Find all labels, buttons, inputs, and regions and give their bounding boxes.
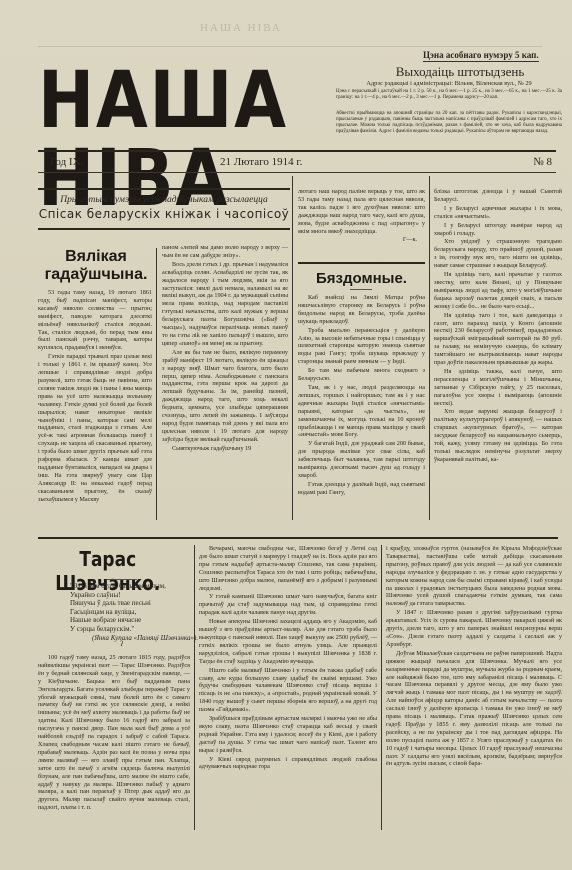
author-signature: Г—к. — [298, 236, 425, 244]
poem-line: Украйнэ слаўны! — [70, 591, 198, 600]
paragraph: Каб знайсці на Зямлі Матцы роўна няшчась… — [298, 294, 425, 326]
masthead-rule — [38, 150, 556, 152]
article-column: і крыўду, зложыўся гуртох (называўся ён … — [386, 545, 562, 832]
notice-bottom-rule — [38, 228, 290, 230]
paragraph: Доўгая Мікалаеўская салдатчына не раўня … — [386, 650, 562, 769]
paragraph: Ня здзівіць такжа, калі пачуе, што перас… — [434, 368, 562, 408]
paragraph: Хто ведае варункі жыцьця беларусоў і пал… — [434, 408, 562, 463]
paragraph: Хто увідзяў у страшэнную трагедыю белару… — [434, 238, 562, 270]
ornament-mark: ʔ — [120, 640, 123, 648]
column-rule — [194, 545, 195, 830]
headline-rule — [350, 289, 372, 290]
paragraph: 53 гады таму назад, 19 лютаго 1861 году,… — [38, 289, 152, 352]
paragraph: паном «лепей мы дамо волю народу з верху… — [162, 244, 288, 260]
paragraph: Гэткіе парадкі трывалі праз цэлые векі і… — [38, 353, 152, 503]
paragraph: Сьвяткуючыж гадаўшчыну 19 — [162, 445, 288, 453]
paragraph: Зрабіўшыся праўдзівым артыстам маляркі і… — [199, 715, 377, 755]
article-column: Каб знайсці на Зямлі Матцы роўна няшчась… — [298, 294, 425, 520]
article-column: паном «лепей мы дамо волю народу з верху… — [162, 244, 288, 520]
paragraph: Вось дзеля гэтых і др. прычын і надумалі… — [162, 261, 288, 348]
paragraph: Там, як і у нас, людзі разделяюцца на ле… — [298, 384, 425, 439]
paragraph: Гэтак дзеецца у далёкай Індіі, над сьвят… — [298, 481, 425, 497]
notice-top-rule — [38, 188, 290, 190]
article-column: 53 гады таму назад, 19 лютаго 1861 году,… — [38, 289, 152, 519]
notice-text: Пры гэтым нумэры усім падпісчыкам разсыл… — [38, 195, 290, 205]
article-column: Вечарамі, маючы свабодны час, Шэвчэнко б… — [199, 545, 377, 832]
paragraph: Але як бы там не было, вялікую перамену … — [162, 349, 288, 444]
bleed-through-text: НАША НІВА — [200, 22, 282, 34]
notice-title: Спісак беларускіх кніжак і часопісоў — [38, 207, 290, 221]
column-rule — [156, 248, 157, 520]
epigraph-poem: "Эх! і вам будзь бацькам мілым, Украйнэ … — [70, 582, 198, 642]
article-column: 100 гадоў таму назад, 25 лютаго 1815 год… — [38, 654, 190, 834]
paragraph: блізка штогэтак дзеецца і у нашай Сьвято… — [434, 188, 562, 204]
editorial-address: Адрэс рэдакцыі і адміністрацыі: Вільня, … — [336, 80, 562, 87]
newspaper-page: НАША НІВА НАША НІВА Цэна асобнаго нумэру… — [0, 0, 572, 870]
section-rule — [38, 537, 558, 539]
paragraph: Трэба мысьлю перанесьціся у далёкую Азію… — [298, 327, 425, 367]
poem-line: Нашые вобразе нячасне — [70, 616, 198, 625]
advertising-terms: Абвесткі прыймаюцца на апошняй страніцы … — [336, 111, 562, 135]
bleed-through-rule — [38, 46, 542, 47]
issue-price: Цэна асобнаго нумэру 5 кап. — [423, 50, 539, 62]
poem-line: "Эх! і вам будзь бацькам мілым, — [70, 582, 198, 591]
article-headline: Бяздомные. — [298, 270, 425, 287]
poem-line: У сэрцы беларускім." — [70, 625, 198, 634]
paragraph: 100 гадоў таму назад, 25 лютаго 1815 год… — [38, 654, 190, 812]
paragraph: Ня здзівіць таго, калі прачытае у газэта… — [434, 271, 562, 311]
issue-date: 21 Лютаго 1914 г. — [220, 156, 302, 168]
paragraph: І у Беларусі адвечные жыхары і іх мова, … — [434, 205, 562, 221]
paragraph: У гэтай кампаніі Шэвчэнко шмат чаго наву… — [199, 593, 377, 617]
paragraph: Бо там мы пабачым многа сходнаго з Белар… — [298, 367, 425, 383]
paragraph: У 1847 г. Шэвчэнко разам з другімі хаўру… — [386, 609, 562, 649]
poem-source: (Янка Купала «Памяці Шэвчэнка»). — [70, 634, 198, 643]
paragraph: і крыўду, зложыўся гуртох (называўся ён … — [386, 545, 562, 608]
article-headline: Вялікая гадаўшчына. — [38, 248, 154, 284]
poem-line: Гасьцінцам на вуліцы, — [70, 608, 198, 617]
column-rule — [381, 545, 382, 830]
column-rule — [292, 176, 293, 520]
article-column: лютаго наш народ паліне верыць у тое, шт… — [298, 188, 425, 260]
poem-line: Пяшучы ў даль твае песьні — [70, 599, 198, 608]
paragraph: Вечарамі, маючы свабодны час, Шэвчэнко б… — [199, 545, 377, 592]
issue-year: Год IX. — [50, 156, 83, 168]
issue-number: № 8 — [533, 156, 552, 168]
paragraph: Нішто сабе маляваў Шэвчэнко і у гэтым ён… — [199, 667, 377, 714]
paragraph: У Кіеві сярод разумных і справядлівых лю… — [199, 756, 377, 772]
paragraph: Ня здзівіць таго і тое, калі даведаецца … — [434, 312, 562, 367]
headline-rule — [107, 579, 137, 580]
issue-info-line: Год IX. 21 Лютаго 1914 г. № 8 — [50, 156, 552, 170]
paragraph: І у Беларусі штогоду выміраe народ ад хв… — [434, 222, 562, 238]
paragraph: Новые апекуны Шэвчэнкі захацелі аддаць я… — [199, 618, 377, 665]
publication-frequency: Выходаіць штотыдзень — [360, 64, 560, 80]
subscription-prices: Цэна с перасылкай і дастаўкай на 1 г. 2 … — [336, 89, 562, 101]
article-column: блізка штогэтак дзеецца і у нашай Сьвято… — [434, 188, 562, 520]
paragraph: У багатай Індіі, дзе ураджай сам 200 быв… — [298, 440, 425, 480]
column-rule — [429, 176, 430, 520]
article-separator — [298, 262, 425, 264]
issue-rule — [38, 172, 556, 173]
paragraph: лютаго наш народ паліне верыць у тое, шт… — [298, 188, 425, 235]
